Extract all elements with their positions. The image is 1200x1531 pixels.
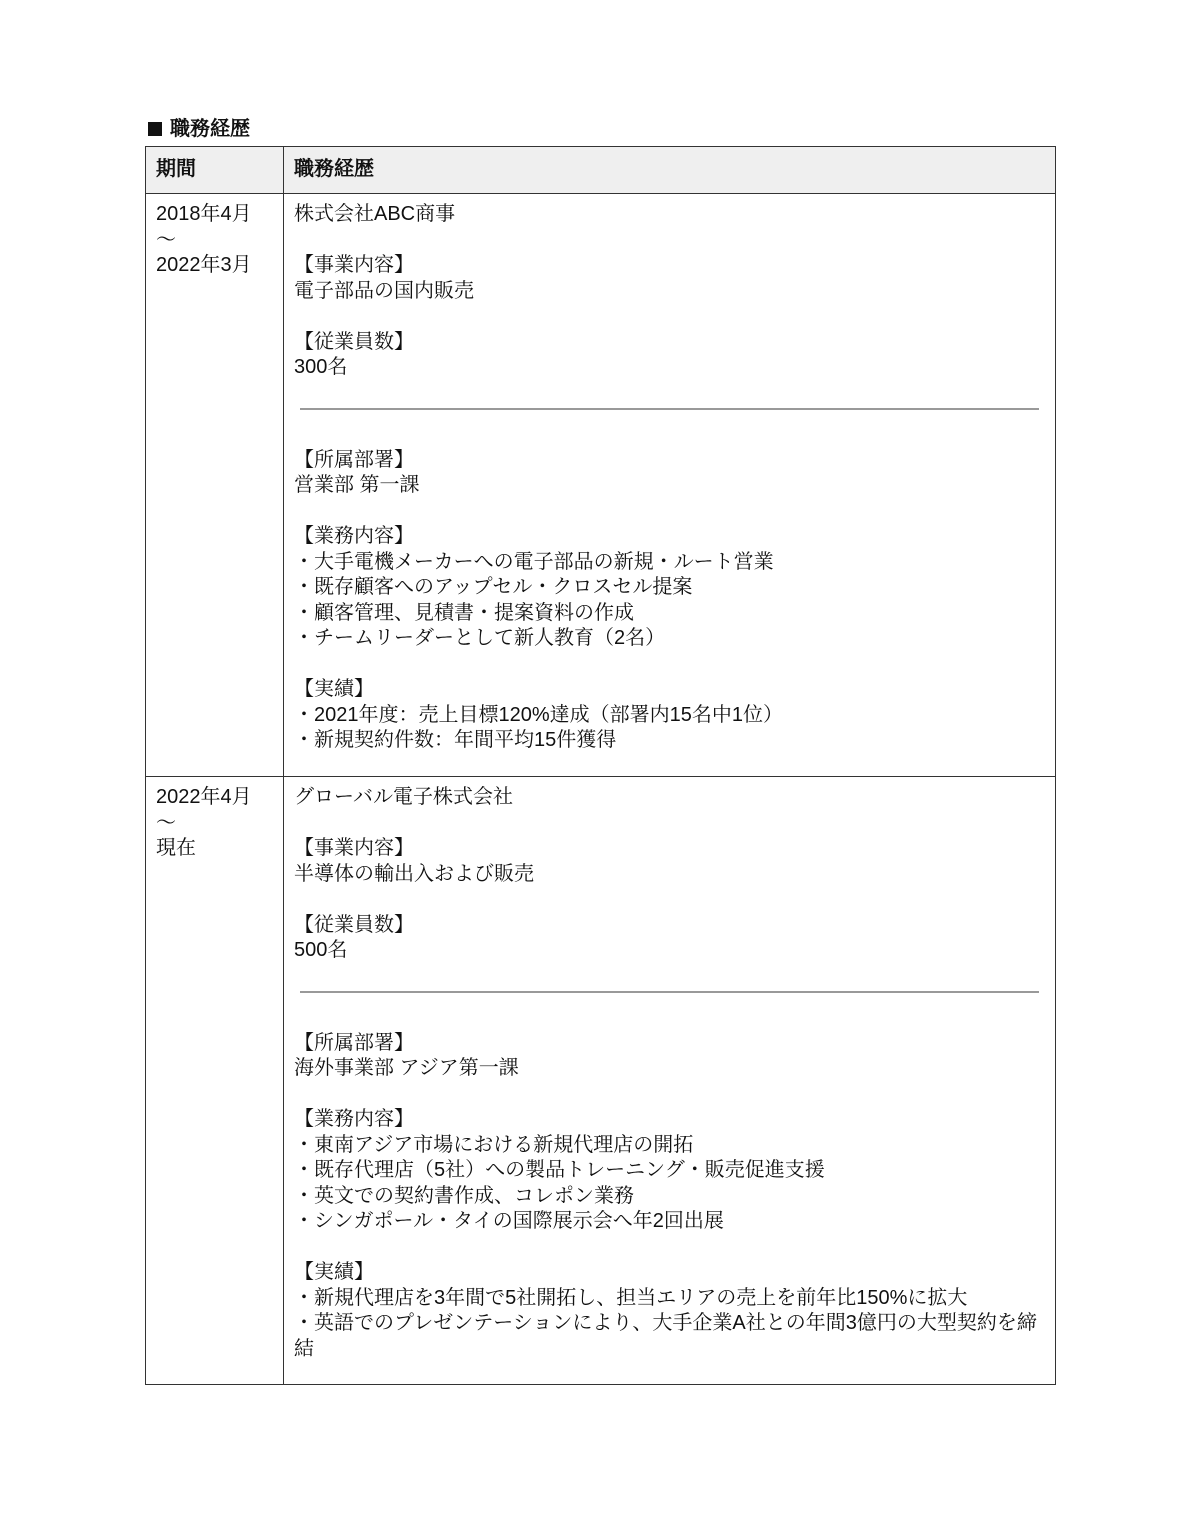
period-cell: 2018年4月 ～ 2022年3月 [146,194,284,777]
business-label: 【事業内容】 [294,253,1045,279]
achievement-item: ・新規契約件数：年間平均15件獲得 [294,728,1045,754]
header-history: 職務経歴 [284,147,1056,194]
period-start: 2018年4月 [156,202,273,228]
black-square-icon [148,122,162,136]
period-end: 2022年3月 [156,253,273,279]
duty-item: ・シンガポール・タイの国際展示会へ年2回出展 [294,1209,1045,1235]
company-name: 株式会社ABC商事 [294,202,1045,228]
duty-item: ・既存顧客へのアップセル・クロスセル提案 [294,575,1045,601]
department-label: 【所属部署】 [294,1031,1045,1057]
section-divider [300,408,1039,410]
duty-item: ・英文での契約書作成、コレポン業務 [294,1184,1045,1210]
department-value: 海外事業部 アジア第一課 [294,1056,1045,1082]
header-period: 期間 [146,147,284,194]
department-label: 【所属部署】 [294,448,1045,474]
employees-value: 300名 [294,355,1045,381]
history-cell: 株式会社ABC商事 【事業内容】 電子部品の国内販売 【従業員数】 300名 【… [284,194,1056,777]
period-cell: 2022年4月 ～ 現在 [146,777,284,1385]
table-row: 2018年4月 ～ 2022年3月 株式会社ABC商事 【事業内容】 電子部品の… [146,194,1056,777]
career-history-table: 期間 職務経歴 2018年4月 ～ 2022年3月 株式会社ABC商事 【事業内… [145,146,1056,1385]
business-value: 電子部品の国内販売 [294,279,1045,305]
period-separator: ～ [156,228,273,254]
section-heading: 職務経歴 [148,116,250,142]
duty-item: ・顧客管理、見積書・提案資料の作成 [294,601,1045,627]
duty-item: ・チームリーダーとして新人教育（2名） [294,626,1045,652]
employees-label: 【従業員数】 [294,330,1045,356]
achievement-item: ・英語でのプレゼンテーションにより、大手企業A社との年間3億円の大型契約を締結 [294,1311,1045,1362]
employees-label: 【従業員数】 [294,913,1045,939]
department-value: 営業部 第一課 [294,473,1045,499]
duty-item: ・東南アジア市場における新規代理店の開拓 [294,1133,1045,1159]
table-row: 2022年4月 ～ 現在 グローバル電子株式会社 【事業内容】 半導体の輸出入お… [146,777,1056,1385]
achievement-item: ・2021年度：売上目標120%達成（部署内15名中1位） [294,703,1045,729]
achievements-label: 【実績】 [294,1260,1045,1286]
duty-item: ・大手電機メーカーへの電子部品の新規・ルート営業 [294,550,1045,576]
period-start: 2022年4月 [156,785,273,811]
section-divider [300,991,1039,993]
business-label: 【事業内容】 [294,836,1045,862]
company-name: グローバル電子株式会社 [294,785,1045,811]
history-cell: グローバル電子株式会社 【事業内容】 半導体の輸出入および販売 【従業員数】 5… [284,777,1056,1385]
duty-item: ・既存代理店（5社）への製品トレーニング・販売促進支援 [294,1158,1045,1184]
duties-label: 【業務内容】 [294,1107,1045,1133]
table-header-row: 期間 職務経歴 [146,147,1056,194]
period-separator: ～ [156,811,273,837]
duties-label: 【業務内容】 [294,524,1045,550]
business-value: 半導体の輸出入および販売 [294,862,1045,888]
achievement-item: ・新規代理店を3年間で5社開拓し、担当エリアの売上を前年比150%に拡大 [294,1286,1045,1312]
section-title: 職務経歴 [170,116,250,142]
achievements-label: 【実績】 [294,677,1045,703]
period-end: 現在 [156,836,273,862]
employees-value: 500名 [294,938,1045,964]
